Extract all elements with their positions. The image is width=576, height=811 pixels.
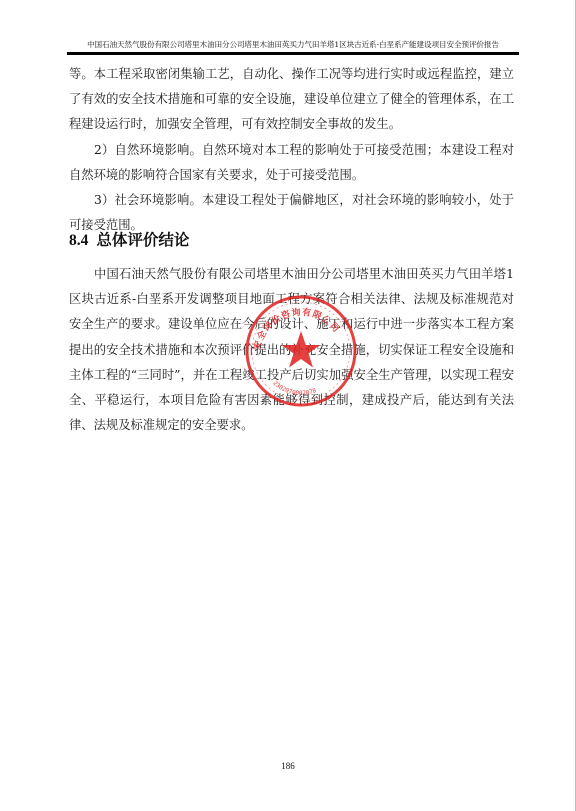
section-heading: 8.4总体评价结论 xyxy=(69,228,189,250)
section-title: 总体评价结论 xyxy=(96,231,189,249)
page-number: 186 xyxy=(0,761,576,771)
paragraph-conclusion: 中国石油天然气股份有限公司塔里木油田分公司塔里木油田英买力气田羊塔1区块古近系-… xyxy=(69,262,514,438)
running-header: 中国石油天然气股份有限公司塔里木油田分公司塔里木油田英买力气田羊塔1区块古近系-… xyxy=(67,39,519,51)
paragraph-natural-environment: 2）自然环境影响。自然环境对本工程的影响处于可接受范围；本建设工程对自然环境的影… xyxy=(69,138,514,188)
conclusion-text-block: 中国石油天然气股份有限公司塔里木油田分公司塔里木油田英买力气田羊塔1区块古近系-… xyxy=(69,262,514,438)
body-text-block: 等。本工程采取密闭集输工艺，自动化、操作工况等均进行实时或远程监控，建立了有效的… xyxy=(69,62,514,238)
header-rule xyxy=(67,52,519,55)
section-number: 8.4 xyxy=(69,232,88,249)
paragraph-continuation: 等。本工程采取密闭集输工艺，自动化、操作工况等均进行实时或远程监控，建立了有效的… xyxy=(69,62,514,138)
